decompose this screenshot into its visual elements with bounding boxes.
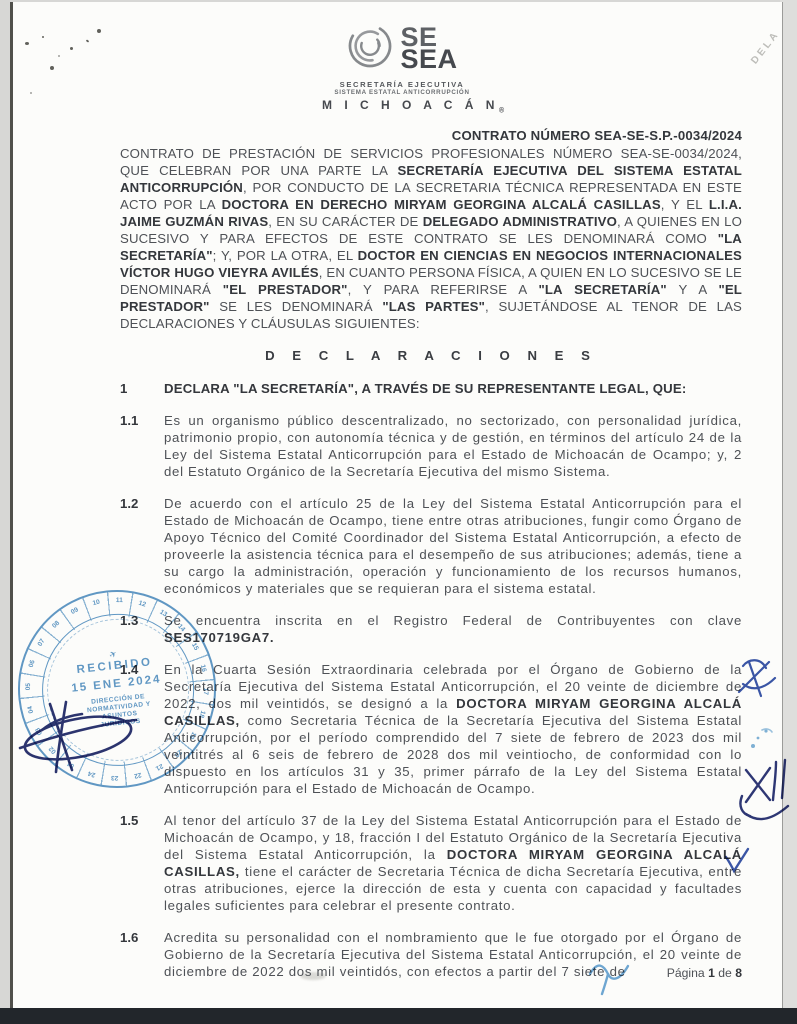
footer-total-pages: 8 <box>735 966 742 980</box>
scan-edge-bottom <box>0 1008 797 1024</box>
scanned-contract-page: SE SEA SECRETARÍA EJECUTIVA SISTEMA ESTA… <box>0 0 797 1024</box>
logo-org-line1: SECRETARÍA EJECUTIVA <box>322 80 482 89</box>
item-number: 1 <box>120 380 164 397</box>
page-footer: Página 1 de 8 <box>120 966 742 980</box>
sesea-swirl-icon <box>346 22 394 75</box>
footer-mid: de <box>718 966 732 980</box>
declaration-item-1-2: 1.2 De acuerdo con el artículo 25 de la … <box>120 495 742 597</box>
margin-mark-xii <box>738 752 794 845</box>
item-text: En la Cuarta Sesión Extraordinaria celeb… <box>164 661 742 797</box>
item-number: 1.2 <box>120 495 164 597</box>
item-text: DECLARA "LA SECRETARÍA", A TRAVÉS DE SU … <box>164 380 742 397</box>
registered-mark: ® <box>499 107 504 114</box>
plane-icon: ✈ <box>108 649 119 660</box>
item-text: Se encuentra inscrita en el Registro Fed… <box>164 612 742 646</box>
contract-body: CONTRATO NÚMERO SEA-SE-S.P.-0034/2024 CO… <box>120 127 742 995</box>
footer-prefix: Página <box>667 966 705 980</box>
contract-intro-paragraph: CONTRATO DE PRESTACIÓN DE SERVICIOS PROF… <box>120 145 742 332</box>
margin-mark-flourish <box>733 656 781 709</box>
item-number: 1.5 <box>120 812 164 914</box>
footer-squiggle <box>584 956 640 1005</box>
contract-number-title: CONTRATO NÚMERO SEA-SE-S.P.-0034/2024 <box>120 127 742 144</box>
logo-org-line2: SISTEMA ESTATAL ANTICORRUPCIÓN <box>322 89 482 96</box>
item-text: De acuerdo con el artículo 25 de la Ley … <box>164 495 742 597</box>
declaration-item-1-1: 1.1 Es un organismo público descentraliz… <box>120 412 742 480</box>
sesea-logo: SE SEA SECRETARÍA EJECUTIVA SISTEMA ESTA… <box>322 22 482 114</box>
logo-org-line3: M I C H O A C Á N® <box>322 98 482 114</box>
ink-signature <box>16 688 141 785</box>
footer-page-number: 1 <box>708 966 715 980</box>
logo-acronym-sea: SEA <box>400 49 457 71</box>
margin-check-mark <box>722 845 754 880</box>
declaration-item-1: 1 DECLARA "LA SECRETARÍA", A TRAVÉS DE S… <box>120 380 742 397</box>
declaration-item-1-3: 1.3 Se encuentra inscrita en el Registro… <box>120 612 742 646</box>
item-number: 1.1 <box>120 412 164 480</box>
declaration-item-1-5: 1.5 Al tenor del artículo 37 de la Ley d… <box>120 812 742 914</box>
item-text: Al tenor del artículo 37 de la Ley del S… <box>164 812 742 914</box>
item-text: Es un organismo público descentralizado,… <box>164 412 742 480</box>
declarations-heading: D E C L A R A C I O N E S <box>120 347 742 364</box>
